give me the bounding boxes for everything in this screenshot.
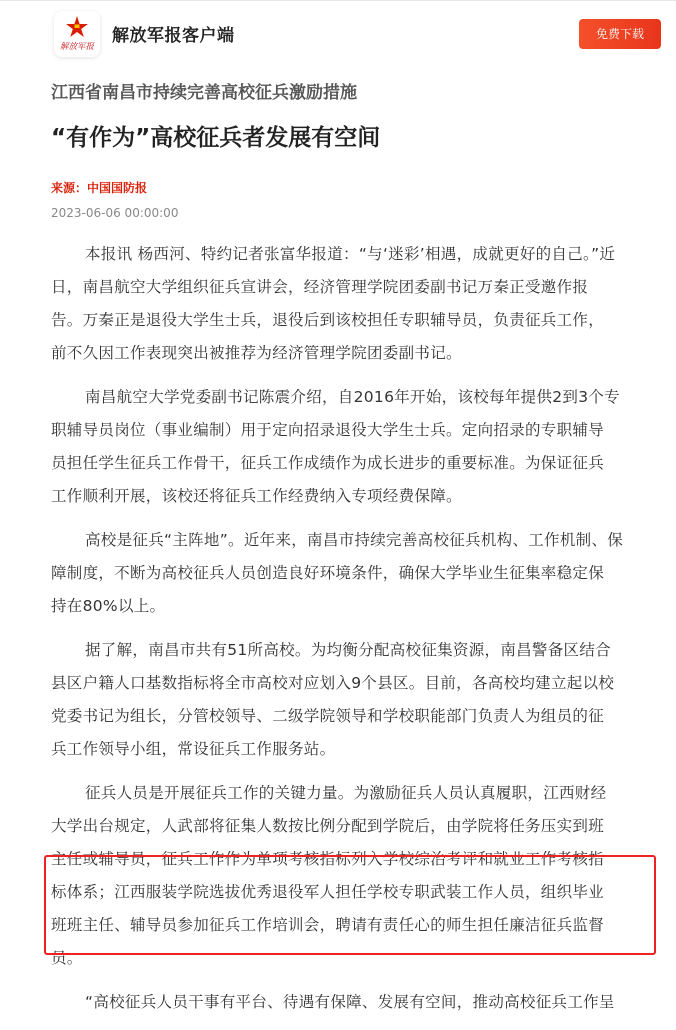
svg-text:解放军报: 解放军报	[60, 41, 96, 52]
article-date: 2023-06-06 00:00:00	[51, 205, 651, 221]
article-container: 江西省南昌市持续完善高校征兵激励措施 “有作为”高校征兵者发展有空间 来源：中国…	[51, 78, 651, 990]
paragraph-line: 兵工作领导小组，常设征兵工作服务站。	[51, 733, 651, 766]
paragraph-line: 据了解，南昌市共有51所高校。为均衡分配高校征集资源，南昌警备区结合	[51, 634, 651, 667]
paragraph-line: 前不久因工作表现突出被推荐为经济管理学院团委副书记。	[51, 337, 651, 370]
paragraph-line: 员担任学生征兵工作骨干，征兵工作成绩作为成长进步的重要标准。为保证征兵	[51, 447, 651, 480]
paragraph-line: “高校征兵人员干事有平台、待遇有保障、发展有空间，推动高校征兵工作呈	[51, 986, 651, 990]
paragraph-line: 班班主任、辅导员参加征兵工作培训会，聘请有责任心的师生担任廉洁征兵监督	[51, 909, 651, 942]
article-paragraph: 高校是征兵“主阵地”。近年来，南昌市持续完善高校征兵机构、工作机制、保 障制度，…	[51, 524, 651, 623]
paragraph-line: 主任或辅导员，征兵工作作为单项考核指标列入学校综治考评和就业工作考核指	[51, 843, 651, 876]
article-body: 本报讯 杨西河、特约记者张富华报道：“与‘迷彩’相遇，成就更好的自己。”近 日，…	[51, 238, 651, 990]
paragraph-line: 标体系；江西服装学院选拔优秀退役军人担任学校专职武装工作人员，组织毕业	[51, 876, 651, 909]
article-paragraph: “高校征兵人员干事有平台、待遇有保障、发展有空间，推动高校征兵工作呈	[51, 986, 651, 990]
paragraph-line: 征兵人员是开展征兵工作的关键力量。为激励征兵人员认真履职，江西财经	[51, 777, 651, 810]
article-paragraph: 征兵人员是开展征兵工作的关键力量。为激励征兵人员认真履职，江西财经 大学出台规定…	[51, 777, 651, 975]
article-title: “有作为”高校征兵者发展有空间	[51, 118, 651, 158]
paragraph-line: 南昌航空大学党委副书记陈震介绍，自2016年开始，该校每年提供2到3个专	[51, 381, 651, 414]
paragraph-line: 高校是征兵“主阵地”。近年来，南昌市持续完善高校征兵机构、工作机制、保	[51, 524, 651, 557]
paragraph-line: 本报讯 杨西河、特约记者张富华报道：“与‘迷彩’相遇，成就更好的自己。”近	[51, 238, 651, 271]
paragraph-line: 大学出台规定，人武部将征集人数按比例分配到学院后，由学院将任务压实到班	[51, 810, 651, 843]
app-logo[interactable]: 解放军报	[54, 11, 100, 57]
article-subtitle: 江西省南昌市持续完善高校征兵激励措施	[51, 78, 651, 108]
article-source[interactable]: 来源：中国国防报	[51, 180, 651, 196]
paragraph-line: 员。	[51, 942, 651, 975]
free-download-button[interactable]: 免费下载	[579, 19, 661, 49]
paragraph-line: 县区户籍人口基数指标将全市高校对应划入9个县区。目前，各高校均建立起以校	[51, 667, 651, 700]
app-name: 解放军报客户端	[112, 21, 235, 46]
paragraph-line: 持在80%以上。	[51, 590, 651, 623]
paragraph-line: 工作顺利开展，该校还将征兵工作经费纳入专项经费保障。	[51, 480, 651, 513]
red-star-logo-icon: 解放军报	[54, 11, 100, 57]
article-paragraph: 本报讯 杨西河、特约记者张富华报道：“与‘迷彩’相遇，成就更好的自己。”近 日，…	[51, 238, 651, 370]
article-paragraph: 南昌航空大学党委副书记陈震介绍，自2016年开始，该校每年提供2到3个专 职辅导…	[51, 381, 651, 513]
paragraph-line: 职辅导员岗位（事业编制）用于定向招录退役大学生士兵。定向招录的专职辅导	[51, 414, 651, 447]
paragraph-line: 障制度，不断为高校征兵人员创造良好环境条件，确保大学毕业生征集率稳定保	[51, 557, 651, 590]
app-header: 解放军报 解放军报客户端 免费下载	[0, 1, 676, 67]
paragraph-line: 日，南昌航空大学组织征兵宣讲会，经济管理学院团委副书记万秦正受邀作报	[51, 271, 651, 304]
article-paragraph: 据了解，南昌市共有51所高校。为均衡分配高校征集资源，南昌警备区结合 县区户籍人…	[51, 634, 651, 766]
paragraph-line: 党委书记为组长，分管校领导、二级学院领导和学校职能部门负责人为组员的征	[51, 700, 651, 733]
paragraph-line: 告。万秦正是退役大学生士兵，退役后到该校担任专职辅导员，负责征兵工作，	[51, 304, 651, 337]
